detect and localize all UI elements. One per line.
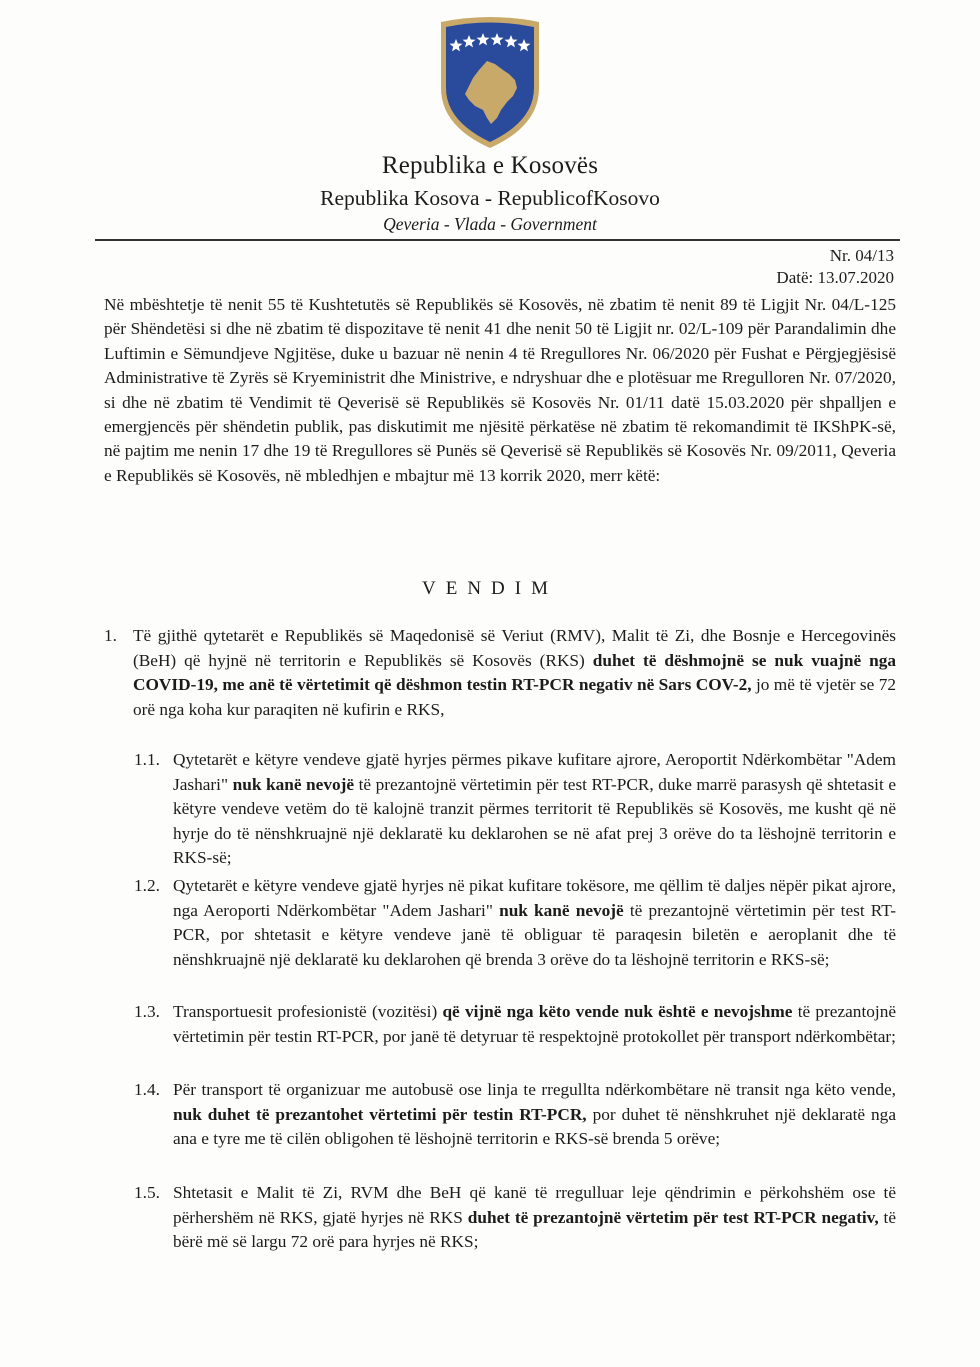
subitem-number: 1.5. bbox=[134, 1181, 160, 1206]
decision-subitem-1-2: 1.2. Qytetarët e këtyre vendeve gjatë hy… bbox=[173, 874, 896, 972]
decision-subitem-1-3: 1.3. Transportuesit profesionistë (vozit… bbox=[173, 1000, 896, 1049]
government-label: Qeveria - Vlada - Government bbox=[0, 214, 980, 235]
decision-title: VENDIM bbox=[0, 578, 980, 600]
decision-subitem-1-5: 1.5. Shtetasit e Malit të Zi, RVM dhe Be… bbox=[173, 1181, 896, 1255]
document-date: Datë: 13.07.2020 bbox=[776, 268, 894, 288]
item-number: 1. bbox=[104, 624, 117, 649]
document-page: Republika e Kosovës Republika Kosova - R… bbox=[0, 0, 980, 1367]
subitem-bold-text: nuk duhet të prezantohet vërtetimi për t… bbox=[173, 1105, 587, 1124]
subitem-text: Për transport të organizuar me autobusë … bbox=[173, 1080, 896, 1099]
subitem-number: 1.4. bbox=[134, 1078, 160, 1103]
country-name-serbian-english: Republika Kosova - RepublicofKosovo bbox=[0, 186, 980, 211]
subitem-text: Transportuesit profesionistë (vozitësi) bbox=[173, 1002, 442, 1021]
subitem-number: 1.1. bbox=[134, 748, 160, 773]
subitem-bold-text: që vijnë nga këto vende nuk është e nevo… bbox=[442, 1002, 792, 1021]
header-divider bbox=[95, 239, 900, 241]
subitem-bold-text: nuk kanë nevojë bbox=[233, 775, 354, 794]
subitem-number: 1.2. bbox=[134, 874, 160, 899]
subitem-bold-text: duhet të prezantojnë vërtetim për test R… bbox=[468, 1208, 879, 1227]
decision-subitem-1-4: 1.4. Për transport të organizuar me auto… bbox=[173, 1078, 896, 1152]
subitem-number: 1.3. bbox=[134, 1000, 160, 1025]
subitem-bold-text: nuk kanë nevojë bbox=[499, 901, 624, 920]
preamble-paragraph: Në mbështetje të nenit 55 të Kushtetutës… bbox=[104, 293, 896, 488]
country-name-albanian: Republika e Kosovës bbox=[0, 152, 980, 180]
decision-subitem-1-1: 1.1. Qytetarët e këtyre vendeve gjatë hy… bbox=[173, 748, 896, 871]
coat-of-arms-icon bbox=[437, 14, 543, 152]
document-number: Nr. 04/13 bbox=[830, 246, 894, 266]
decision-item-1: 1. Të gjithë qytetarët e Republikës së M… bbox=[133, 624, 896, 722]
